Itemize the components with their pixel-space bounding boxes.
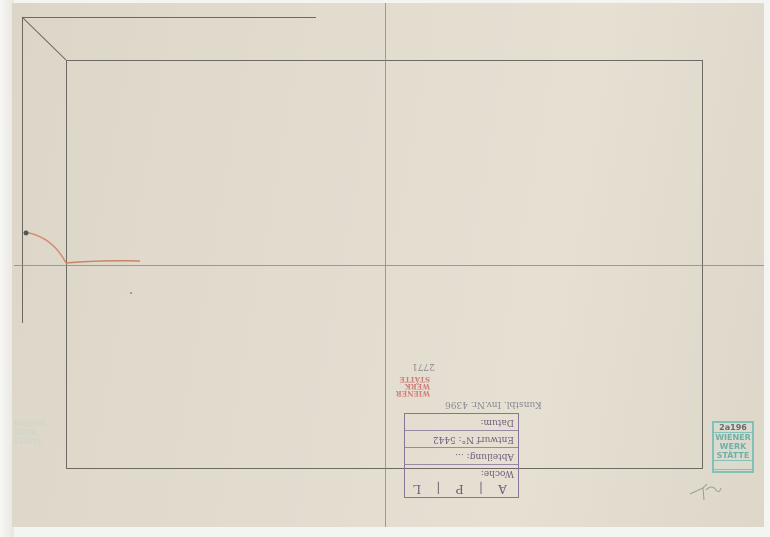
diagonal-corner-line <box>22 17 66 60</box>
red-ww-stamp: WIENER WERK STÄTTE <box>408 373 430 397</box>
inventory-stamp: Kunstbl. Inv.Nr. 4396 <box>445 399 542 409</box>
red-curve-tail <box>66 261 140 263</box>
wiener-werkstaette-stamp: 2a196 WIENER WERK STÄTTE <box>712 421 754 473</box>
signature <box>690 484 721 500</box>
faint-left-stamp: WIENER WERK STÄTTE <box>14 420 54 480</box>
drawing-svg <box>0 0 770 537</box>
stamp-cells: A| P| L <box>405 481 518 497</box>
red-curve <box>24 232 66 263</box>
register-stamp: A| P| L Woche: Abteilung: ... Entwurf N°… <box>404 413 519 498</box>
curve-start-dot <box>24 231 29 236</box>
number-annotation: 2771 <box>412 361 435 371</box>
